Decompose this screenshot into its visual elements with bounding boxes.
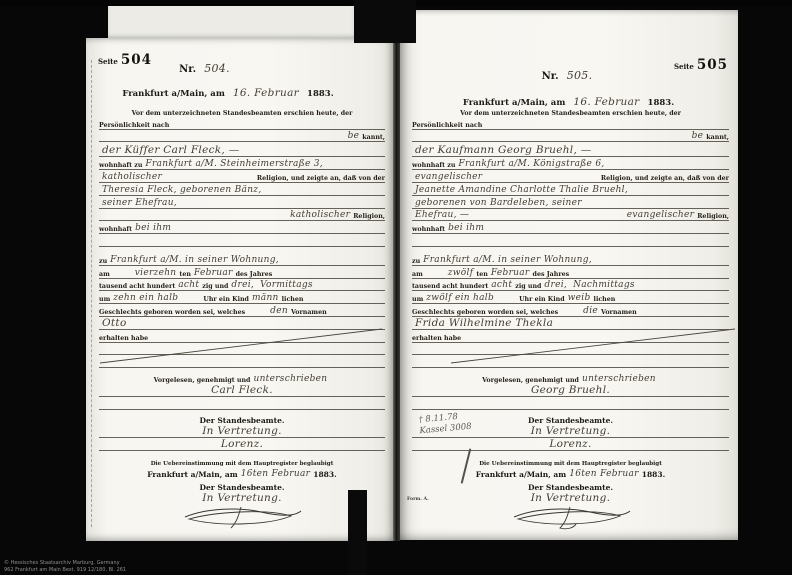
intro-line: Vor dem unterzeichneten Standesbeamten e… [99,105,385,117]
record-number-line: Nr. 505. [399,64,738,83]
religion-line: katholischerReligion, und zeigte an, daß… [99,170,385,183]
certify-date-handwritten: 16ten Februar [238,469,314,479]
birth-time-handwritten: zehn ein halb [110,293,181,303]
underlying-page-edge [108,6,354,39]
mother-residence-handwritten: bei ihm [132,223,174,233]
gender-handwritten: männ [249,293,282,303]
record-dateline: Frankfurt a/Main, am 16. Februar 1883. [74,81,382,100]
intro-line: Vor dem unterzeichneten Standesbeamten e… [412,105,729,117]
birth-time-handwritten: zwölf ein halb [423,293,497,303]
registrar-title-line: Der Standesbeamte. [99,414,385,426]
year-printed: 1883. [307,89,334,99]
year-decade-handwritten: acht [488,280,515,290]
vornamen-article-handwritten: die [580,306,601,316]
record-number-line: Nr. 504. [52,57,360,76]
blank-rule-line [412,234,729,247]
vertretung-line-2: In Vertretung. [99,492,385,504]
registrar-title-line-2: Der Standesbeamte. [412,481,729,493]
record-body: Vor dem unterzeichneten Standesbeamten e… [99,105,385,530]
mother-religion-handwritten: evangelischer [624,210,697,220]
mother-religion-line: katholischerReligion, [99,209,385,222]
book-gutter [393,38,400,541]
form-designation: Form. A. [407,497,429,502]
child-name-line: Otto [99,317,385,330]
left-page: Seite504 Nr. 504. Frankfurt a/Main, am 1… [86,38,394,541]
mother-line-2: seiner Ehefrau, [99,196,385,209]
signature-flourish-drawing [177,504,307,530]
birthdate-line: amzwölftenFebruardes Jahres [412,266,729,279]
birth-day-handwritten: zwölf [445,268,477,278]
nr-value-handwritten: 504. [201,62,233,75]
mother-religion-handwritten: katholischer [287,210,353,220]
birthplace-line: zuFrankfurt a/M. in seiner Wohnung, [99,253,385,266]
certify-line: Die Uebereinstimmung mit dem Hauptregist… [99,455,385,467]
certify-line: Die Uebereinstimmung mit dem Hauptregist… [412,455,729,467]
birthplace-handwritten: Frankfurt a/M. in seiner Wohnung, [420,255,595,265]
mother-line-1: Jeanette Amandine Charlotte Thalie Brueh… [412,183,729,196]
mother-line-1: Theresia Fleck, geborenen Bänz, [99,183,385,196]
blank-rule-line [99,234,385,247]
residence-line: wohnhaft zuFrankfurt a/M. Königstraße 6, [412,157,729,170]
residence-handwritten: Frankfurt a/M. Steinheimerstraße 3, [142,159,326,169]
nr-label: Nr. [542,71,559,82]
registrar-name-handwritten: Lorenz. [546,438,594,450]
mother-residence-handwritten: bei ihm [445,223,487,233]
bekannt-line: bekannt, [99,130,385,143]
date-handwritten: 16. Februar [230,87,302,99]
child-name-handwritten: Otto [99,317,130,329]
blank-rule-line [99,343,385,356]
vertretung-handwritten: In Vertretung. [528,425,614,437]
registrar-signature-flourish [99,504,385,530]
gutter-bottom-bar [348,490,367,575]
declarant-handwritten: der Küffer Carl Fleck, — [99,144,243,156]
child-name-line: Frida Wilhelmine Thekla [412,317,729,330]
birthyear-line: tausend acht hundertachtzig unddrei,Nach… [412,279,729,292]
bekannt-handwritten: be [689,131,707,141]
registrar-name-line: Lorenz. [99,438,385,451]
identity-line: Persönlichkeit nach [412,117,729,130]
declarant-line: der Küffer Carl Fleck, — [99,142,385,157]
blank-rule-line [412,355,729,368]
residence-handwritten: Frankfurt a/M. Königstraße 6, [455,159,607,169]
birthyear-line: tausend acht hundertachtzig unddrei,Vorm… [99,279,385,292]
approval-handwritten: unterschrieben [579,374,659,384]
birthtime-line: umzwölf ein halbUhr ein Kindweiblichen [412,291,729,304]
identity-line: Persönlichkeit nach [99,117,385,130]
nr-label: Nr. [179,64,196,75]
declarant-handwritten: der Kaufmann Georg Bruehl, — [412,144,595,156]
pencil-margin-note: † 8.11.78 Kassel 3008 [418,411,472,437]
archive-attribution: © Hessisches Staatsarchiv Marburg, Germa… [4,560,126,573]
erhalten-line: erhalten habe [412,330,729,343]
religion-handwritten: evangelischer [412,172,485,182]
mother-name-handwritten: Jeanette Amandine Charlotte Thalie Brueh… [412,185,631,195]
record-body: Vor dem unterzeichneten Standesbeamten e… [412,105,729,530]
certify-date-line: Frankfurt a/Main, am16ten Februar1883. [99,467,385,479]
certify-date-handwritten: 16ten Februar [566,469,642,479]
declarant-signature-line: Carl Fleck. [99,384,385,397]
mother-religion-line: Ehefrau, —evangelischerReligion, [412,209,729,222]
year-unit-handwritten: drei, [541,280,570,290]
approval-line: Vorgelesen, genehmigt undunterschrieben [412,372,729,384]
birthplace-line: zuFrankfurt a/M. in seiner Wohnung, [412,253,729,266]
daytime-handwritten: Vormittags [257,280,316,290]
gender-line: Geschlechts geboren worden sei, welchesd… [412,304,729,317]
registrar-name-line: Lorenz. [412,438,729,451]
registrar-name-handwritten: Lorenz. [218,438,266,450]
blank-rule-line [99,397,385,410]
declarant-line: der Kaufmann Georg Bruehl, — [412,142,729,157]
archive-copyright: © Hessisches Staatsarchiv Marburg, Germa… [4,560,126,567]
gender-handwritten: weib [565,293,594,303]
approval-line: Vorgelesen, genehmigt undunterschrieben [99,372,385,384]
religion-line: evangelischerReligion, und zeigte an, da… [412,170,729,183]
birthtime-line: umzehn ein halbUhr ein Kindmännlichen [99,291,385,304]
residence-line: wohnhaft zuFrankfurt a/M. Steinheimerstr… [99,157,385,170]
signature-flourish-drawing [506,504,636,530]
vertretung-line-2: In Vertretung. [412,492,729,504]
gutter-top-notch [354,0,416,43]
birthdate-line: amvierzehntenFebruardes Jahres [99,266,385,279]
birthplace-handwritten: Frankfurt a/M. in seiner Wohnung, [107,255,282,265]
daytime-handwritten: Nachmittags [570,280,638,290]
bekannt-handwritten: be [345,131,363,141]
registrar-signature-flourish [412,504,729,530]
blank-rule-line [412,343,729,356]
year-decade-handwritten: acht [175,280,202,290]
place-printed: Frankfurt a/Main, am [122,89,225,99]
mother-line-2: geborenen von Bardeleben, seiner [412,196,729,209]
birth-day-handwritten: vierzehn [132,268,180,278]
declarant-signature-handwritten: Georg Bruehl. [528,384,613,396]
gender-line: Geschlechts geboren worden sei, welchesd… [99,304,385,317]
nr-value-handwritten: 505. [564,69,596,82]
mother-name-handwritten: Theresia Fleck, geborenen Bänz, [99,185,265,195]
religion-handwritten: katholischer [99,172,165,182]
year-unit-handwritten: drei, [228,280,257,290]
registrar-title-line-2: Der Standesbeamte. [99,481,385,493]
vertretung-handwritten: In Vertretung. [199,425,285,437]
blank-rule-line [412,397,729,410]
blank-rule-line [99,355,385,368]
declarant-signature-handwritten: Carl Fleck. [208,384,276,396]
scanned-register-book: Seite504 Nr. 504. Frankfurt a/Main, am 1… [0,0,792,575]
mother-residence-line: wohnhaftbei ihm [99,221,385,234]
archive-reference: 962 Frankfurt am Main Best. 919 12/180, … [4,567,126,574]
right-page: Seite505 Nr. 505. Frankfurt a/Main, am 1… [399,10,738,540]
mother-residence-line: wohnhaftbei ihm [412,221,729,234]
birth-month-handwritten: Februar [488,268,533,278]
approval-handwritten: unterschrieben [250,374,330,384]
bekannt-line: bekannt, [412,130,729,143]
certify-date-line: Frankfurt a/Main, am16ten Februar1883. [412,467,729,479]
birth-month-handwritten: Februar [191,268,236,278]
declarant-signature-line: Georg Bruehl. [412,384,729,397]
erhalten-line: erhalten habe [99,330,385,343]
vertretung-line: In Vertretung. [99,425,385,438]
child-name-handwritten: Frida Wilhelmine Thekla [412,317,556,329]
vornamen-article-handwritten: den [267,306,291,316]
